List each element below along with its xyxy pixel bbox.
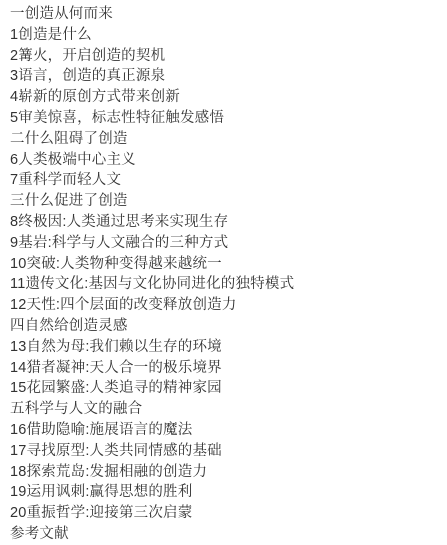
toc-line-chapter-2: 2篝火，开启创造的契机 bbox=[10, 46, 439, 67]
toc-line-chapter-4: 4崭新的原创方式带来创新 bbox=[10, 87, 439, 108]
toc-line-chapter-7: 7重科学而轻人文 bbox=[10, 170, 439, 191]
table-of-contents: 一创造从何而来 1创造是什么 2篝火，开启创造的契机 3语言，创造的真正源泉 4… bbox=[0, 0, 447, 545]
toc-line-chapter-12: 12天性:四个层面的改变释放创造力 bbox=[10, 295, 439, 316]
toc-line-part-3: 三什么促进了创造 bbox=[10, 191, 439, 212]
toc-line-part-2: 二什么阻碍了创造 bbox=[10, 129, 439, 150]
toc-line-chapter-1: 1创造是什么 bbox=[10, 25, 439, 46]
toc-line-chapter-20: 20重振哲学:迎接第三次启蒙 bbox=[10, 503, 439, 524]
toc-line-chapter-9: 9基岩:科学与人文融合的三种方式 bbox=[10, 233, 439, 254]
toc-line-chapter-10: 10突破:人类物种变得越来越统一 bbox=[10, 254, 439, 275]
toc-line-chapter-19: 19运用讽刺:赢得思想的胜利 bbox=[10, 482, 439, 503]
toc-line-chapter-8: 8终极因:人类通过思考来实现生存 bbox=[10, 212, 439, 233]
toc-line-chapter-15: 15花园繁盛:人类追寻的精神家园 bbox=[10, 378, 439, 399]
toc-line-chapter-17: 17寻找原型:人类共同情感的基础 bbox=[10, 441, 439, 462]
toc-line-chapter-3: 3语言，创造的真正源泉 bbox=[10, 66, 439, 87]
toc-line-chapter-6: 6人类极端中心主义 bbox=[10, 150, 439, 171]
toc-line-part-5: 五科学与人文的融合 bbox=[10, 399, 439, 420]
toc-line-chapter-16: 16借助隐喻:施展语言的魔法 bbox=[10, 420, 439, 441]
toc-line-part-1: 一创造从何而来 bbox=[10, 4, 439, 25]
toc-line-chapter-11: 11遗传文化:基因与文化协同进化的独特模式 bbox=[10, 274, 439, 295]
toc-line-chapter-14: 14猎者凝神:天人合一的极乐境界 bbox=[10, 358, 439, 379]
toc-line-references: 参考文献 bbox=[10, 524, 439, 545]
toc-line-chapter-18: 18探索荒岛:发掘相融的创造力 bbox=[10, 462, 439, 483]
toc-line-part-4: 四自然给创造灵感 bbox=[10, 316, 439, 337]
toc-line-chapter-13: 13自然为母:我们赖以生存的环境 bbox=[10, 337, 439, 358]
toc-line-chapter-5: 5审美惊喜，标志性特征触发感悟 bbox=[10, 108, 439, 129]
